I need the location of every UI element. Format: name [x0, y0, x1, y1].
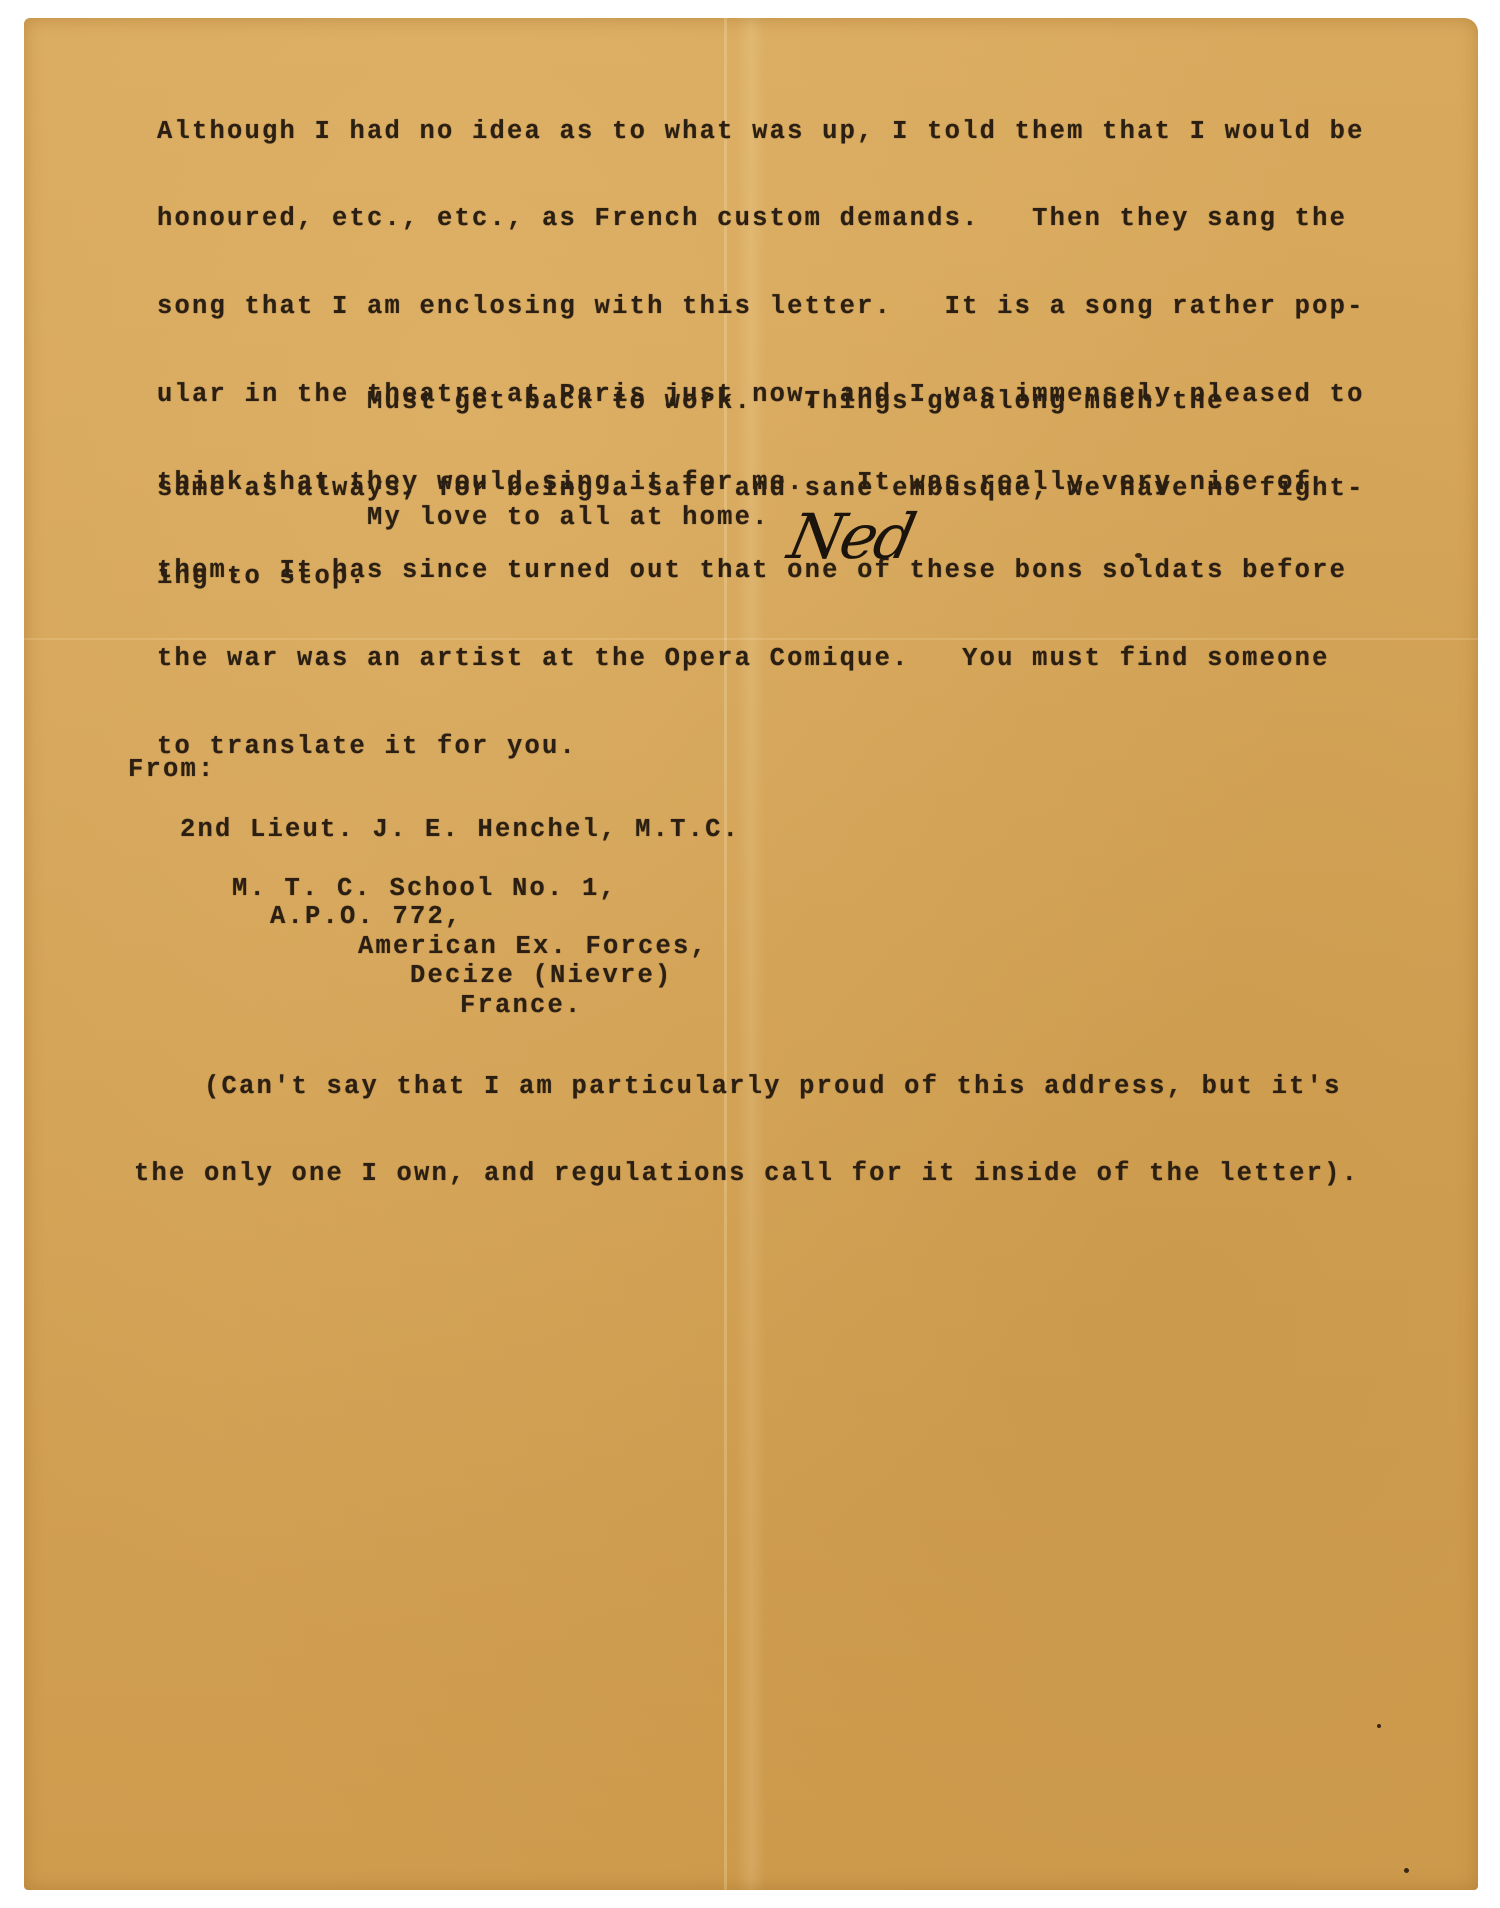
ink-speck — [1377, 1724, 1381, 1728]
text-line: the war was an artist at the Opera Comiq… — [157, 644, 1365, 673]
ink-speck — [1404, 1868, 1409, 1873]
text-line: honoured, etc., etc., as French custom d… — [157, 204, 1365, 233]
text-line: (Can't say that I am particularly proud … — [134, 1072, 1359, 1101]
text-line: the only one I own, and regulations call… — [134, 1159, 1359, 1188]
handwritten-signature: Ned — [782, 500, 919, 573]
postscript: (Can't say that I am particularly proud … — [134, 1013, 1359, 1218]
closing-text: My love to all at home. — [157, 503, 770, 532]
closing-line: My love to all at home. — [157, 444, 770, 561]
text-line: ing to stop. — [157, 562, 1365, 591]
text-line: Although I had no idea as to what was up… — [157, 117, 1365, 146]
ink-speck — [1135, 553, 1142, 558]
text-line: song that I am enclosing with this lette… — [157, 292, 1365, 321]
text-line: Must get back to work. Things go along m… — [157, 387, 1365, 416]
